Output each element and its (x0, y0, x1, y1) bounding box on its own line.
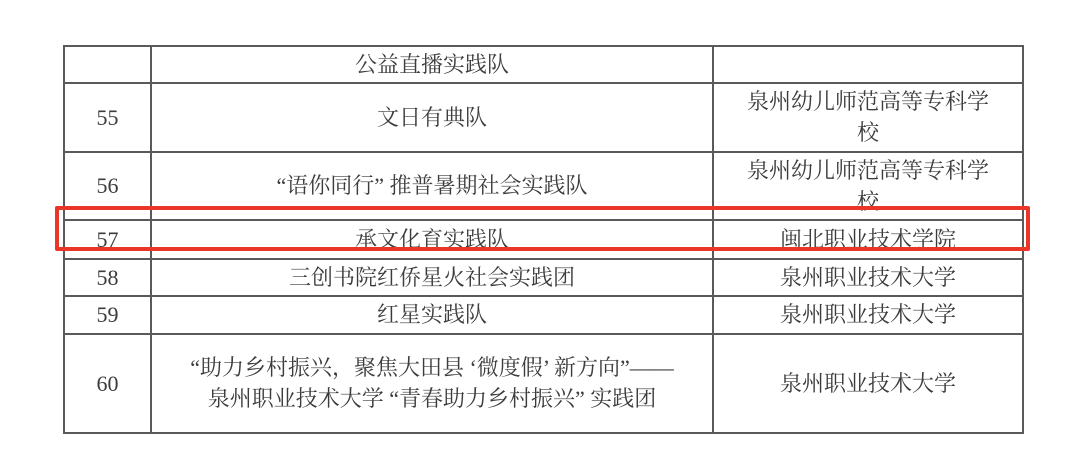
cell-school-name: 闽北职业技术学院 (713, 220, 1023, 259)
cell-school-name: 泉州职业技术大学 (713, 259, 1023, 296)
cell-row-number (64, 46, 151, 83)
cell-school-name: 泉州幼儿师范高等专科学校 (713, 83, 1023, 151)
cell-row-number: 55 (64, 83, 151, 151)
cell-team-name: 文日有典队 (151, 83, 713, 151)
practice-teams-table: 公益直播实践队 55 文日有典队 泉州幼儿师范高等专科学校 56 “语你同行” … (63, 45, 1024, 434)
cell-team-name: “语你同行” 推普暑期社会实践队 (151, 152, 713, 220)
cell-row-number: 59 (64, 296, 151, 333)
table-row: 59 红星实践队 泉州职业技术大学 (64, 296, 1023, 333)
cell-team-name: 公益直播实践队 (151, 46, 713, 83)
cell-school-name: 泉州职业技术大学 (713, 334, 1023, 433)
table-row-highlighted: 57 承文化育实践队 闽北职业技术学院 (64, 220, 1023, 259)
table-row: 56 “语你同行” 推普暑期社会实践队 泉州幼儿师范高等专科学校 (64, 152, 1023, 220)
cell-row-number: 60 (64, 334, 151, 433)
cell-row-number: 56 (64, 152, 151, 220)
cell-team-name: 红星实践队 (151, 296, 713, 333)
cell-team-name: “助力乡村振兴，聚焦大田县 ‘微度假’ 新方向”——泉州职业技术大学 “青春助力… (151, 334, 713, 433)
table-row: 55 文日有典队 泉州幼儿师范高等专科学校 (64, 83, 1023, 151)
cell-row-number: 58 (64, 259, 151, 296)
table-row: 60 “助力乡村振兴，聚焦大田县 ‘微度假’ 新方向”——泉州职业技术大学 “青… (64, 334, 1023, 433)
table-row: 58 三创书院红侨星火社会实践团 泉州职业技术大学 (64, 259, 1023, 296)
cell-team-name: 承文化育实践队 (151, 220, 713, 259)
document-page: 公益直播实践队 55 文日有典队 泉州幼儿师范高等专科学校 56 “语你同行” … (0, 0, 1080, 464)
cell-school-name (713, 46, 1023, 83)
cell-row-number: 57 (64, 220, 151, 259)
cell-team-name: 三创书院红侨星火社会实践团 (151, 259, 713, 296)
cell-school-name: 泉州职业技术大学 (713, 296, 1023, 333)
table-row: 公益直播实践队 (64, 46, 1023, 83)
cell-school-name: 泉州幼儿师范高等专科学校 (713, 152, 1023, 220)
